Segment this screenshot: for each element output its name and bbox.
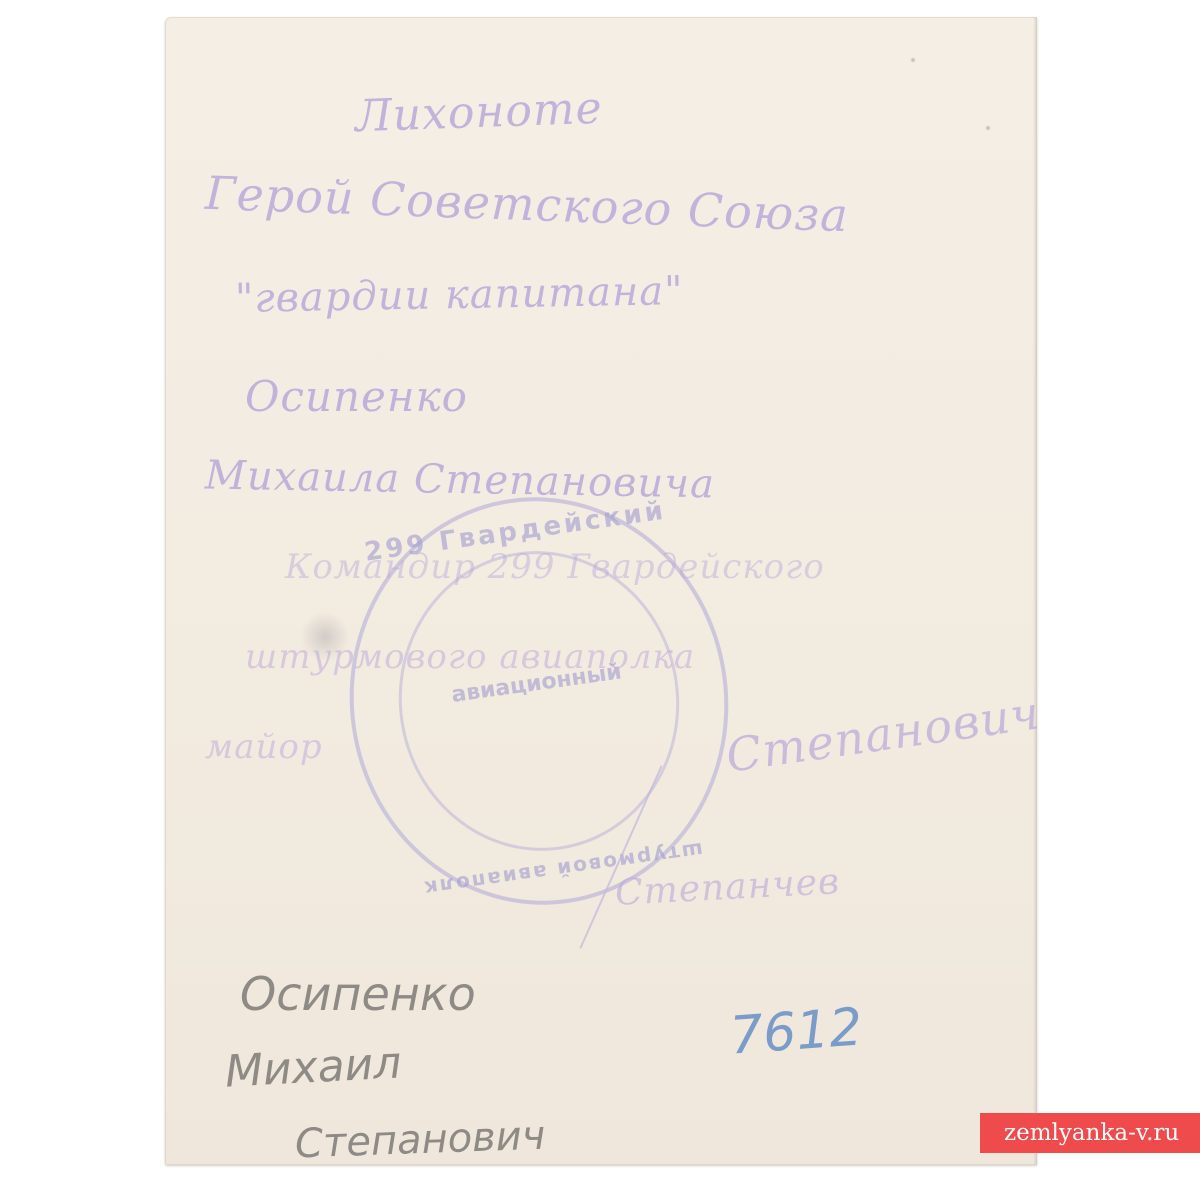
site-watermark: zemlyanka-v.ru: [980, 1113, 1200, 1153]
round-stamp: 299 Гвардейский авиационный штурмовой ав…: [323, 473, 754, 930]
pencil-note-firstname: Михаил: [224, 1037, 403, 1097]
paper-edge: [1033, 17, 1037, 1165]
signature-flourish: Степанович: [723, 685, 1044, 782]
pinhole-mark: [985, 125, 991, 131]
catalog-number: 7612: [728, 997, 864, 1066]
pencil-note-patronymic: Степанович: [294, 1113, 546, 1168]
photo-back-paper: 299 Гвардейский авиационный штурмовой ав…: [165, 17, 1037, 1165]
inscription-line: майор: [205, 727, 323, 767]
inscription-line: Михаила Степановича: [205, 453, 716, 508]
inscription-line: Герой Советского Союза: [204, 166, 849, 242]
pinhole-mark: [910, 57, 916, 63]
inscription-line: Лихоноте: [354, 83, 603, 143]
inscription-line: штурмового авиаполка: [245, 637, 695, 677]
pencil-note-surname: Осипенко: [240, 967, 476, 1021]
inscription-line: Осипенко: [245, 372, 468, 421]
inscription-line: "гвардии капитана": [235, 268, 684, 322]
inscription-line: Командир 299 Гвардейского: [285, 547, 825, 587]
